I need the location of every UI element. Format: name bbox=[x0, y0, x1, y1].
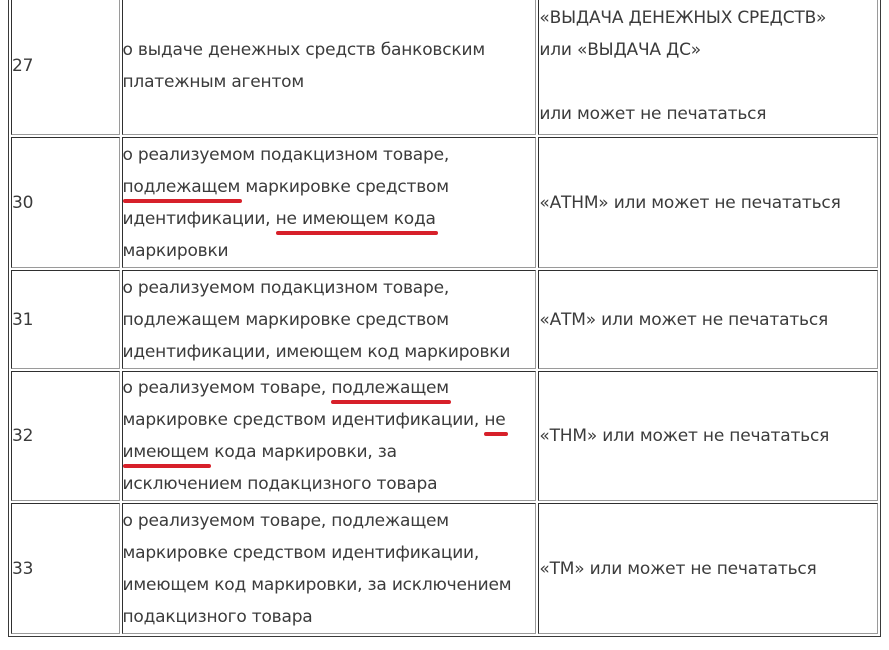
description-line: имеющем код маркировки, за исключением bbox=[123, 569, 536, 601]
code-cell: 30 bbox=[11, 137, 120, 268]
description-line: маркировке средством идентификации, bbox=[123, 537, 536, 569]
description-cell: о реализуемом подакцизном товаре, подлеж… bbox=[122, 270, 537, 369]
description-line: подлежащем маркировке средством bbox=[123, 304, 536, 336]
print-value-cell: «ТМ» или может не печататься bbox=[538, 503, 878, 634]
description-line: подлежащем маркировке средством bbox=[123, 171, 536, 203]
red-underline-highlight: не bbox=[484, 410, 505, 430]
print-value-cell: «АТНМ» или может не печататься bbox=[538, 137, 878, 268]
description-cell: о реализуемом товаре, подлежащем маркиро… bbox=[122, 371, 537, 501]
print-value-line: «АТНМ» или может не печататься bbox=[539, 187, 877, 219]
description-cell: о выдаче денежных средств банковским пла… bbox=[122, 0, 537, 135]
print-value-cell: «ВЫДАЧА ДЕНЕЖНЫХ СРЕДСТВ» или «ВЫДАЧА ДС… bbox=[538, 0, 878, 135]
print-value-cell: «АТМ» или может не печататься bbox=[538, 270, 878, 369]
description-text: идентификации, bbox=[123, 209, 276, 229]
red-underline-highlight: подлежащем bbox=[331, 378, 449, 398]
table-row: 30 о реализуемом подакцизном товаре, под… bbox=[11, 137, 878, 268]
description-line: подакцизного товара bbox=[123, 601, 536, 633]
description-text: о реализуемом товаре, bbox=[123, 378, 332, 398]
description-cell: о реализуемом товаре, подлежащем маркиро… bbox=[122, 503, 537, 634]
table-row: 33 о реализуемом товаре, подлежащем марк… bbox=[11, 503, 878, 634]
description-text: маркировке средством bbox=[240, 177, 449, 197]
blank-line bbox=[539, 66, 877, 98]
description-line: идентификации, имеющем код маркировки bbox=[123, 336, 536, 368]
print-value-line: «ВЫДАЧА ДЕНЕЖНЫХ СРЕДСТВ» bbox=[539, 2, 877, 34]
description-text: маркировке средством идентификации, bbox=[123, 410, 485, 430]
description-line: идентификации, не имеющем кода bbox=[123, 203, 536, 235]
print-value-line: «ТМ» или может не печататься bbox=[539, 553, 877, 585]
description-line: о реализуемом товаре, подлежащем bbox=[123, 372, 536, 404]
attribute-code: 31 bbox=[12, 310, 33, 330]
description-text: кода маркировки, за bbox=[209, 442, 397, 462]
receipt-attribute-table: 27 о выдаче денежных средств банковским … bbox=[8, 0, 881, 637]
description-line: о реализуемом подакцизном товаре, bbox=[123, 139, 536, 171]
code-cell: 31 bbox=[11, 270, 120, 369]
description-cell: о реализуемом подакцизном товаре, подлеж… bbox=[122, 137, 537, 268]
description-line: имеющем кода маркировки, за bbox=[123, 436, 536, 468]
print-value-line: или «ВЫДАЧА ДС» bbox=[539, 34, 877, 66]
table-row: 32 о реализуемом товаре, подлежащем марк… bbox=[11, 371, 878, 501]
description-line: исключением подакцизного товара bbox=[123, 468, 536, 500]
code-cell: 32 bbox=[11, 371, 120, 501]
print-value-cell: «ТНМ» или может не печататься bbox=[538, 371, 878, 501]
table-row: 31 о реализуемом подакцизном товаре, под… bbox=[11, 270, 878, 369]
print-value-line: «ТНМ» или может не печататься bbox=[539, 420, 877, 452]
red-underline-highlight: подлежащем bbox=[123, 177, 241, 197]
print-value-line: «АТМ» или может не печататься bbox=[539, 304, 877, 336]
red-underline-highlight: не имеющем кода bbox=[276, 209, 436, 229]
attribute-code: 33 bbox=[12, 559, 33, 579]
attribute-code: 30 bbox=[12, 193, 33, 213]
attribute-code: 32 bbox=[12, 426, 33, 446]
description-line: о реализуемом товаре, подлежащем bbox=[123, 505, 536, 537]
description-line: платежным агентом bbox=[123, 66, 536, 98]
code-cell: 27 bbox=[11, 0, 120, 135]
description-line: о выдаче денежных средств банковским bbox=[123, 34, 536, 66]
attribute-code: 27 bbox=[12, 56, 33, 76]
red-underline-highlight: имеющем bbox=[123, 442, 210, 462]
print-value-line: или может не печататься bbox=[539, 98, 877, 130]
description-line: маркировке средством идентификации, не bbox=[123, 404, 536, 436]
description-line: о реализуемом подакцизном товаре, bbox=[123, 272, 536, 304]
description-line: маркировки bbox=[123, 235, 536, 267]
document-table-wrapper: 27 о выдаче денежных средств банковским … bbox=[8, 0, 881, 637]
code-cell: 33 bbox=[11, 503, 120, 634]
table-row: 27 о выдаче денежных средств банковским … bbox=[11, 0, 878, 135]
